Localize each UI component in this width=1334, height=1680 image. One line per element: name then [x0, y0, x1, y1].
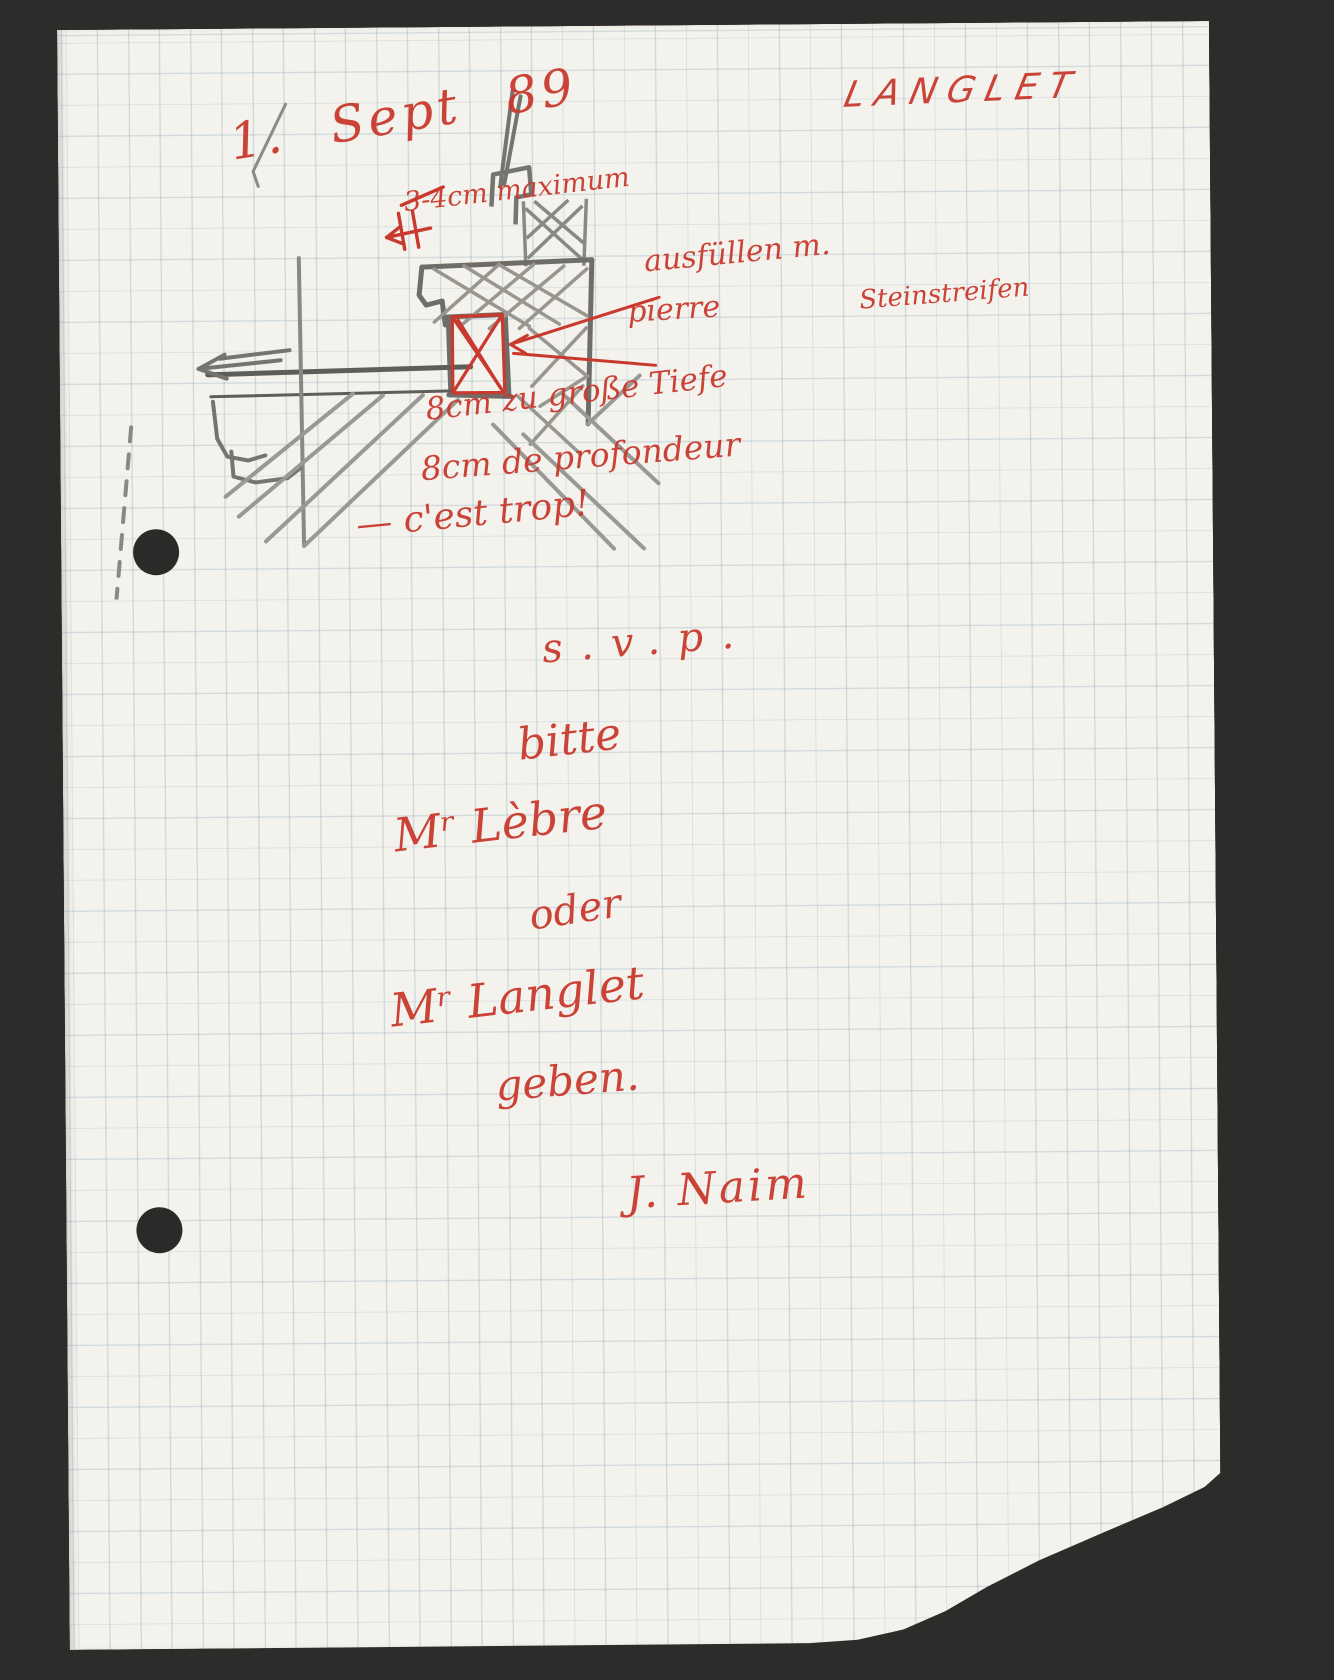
scan-background: { "note": { "date": "1. Sept 89", "heade…	[0, 0, 1334, 1680]
request-line2-text: bitte	[515, 712, 623, 767]
fill-note-line2-text: pierre	[626, 292, 721, 328]
request-line6-text: geben.	[494, 1055, 641, 1108]
pencil-dashed-line	[115, 427, 132, 599]
pencil-wall-line	[299, 258, 304, 544]
pencil-column	[523, 199, 587, 266]
red-joint-box	[452, 314, 505, 392]
punch-hole-bottom	[136, 1207, 182, 1253]
note-paper: 1. Sept 89 LANGLET 3-4cm maximum ausfüll…	[57, 21, 1222, 1650]
pencil-crosshatch	[434, 264, 588, 455]
header-name-text: LANGLET	[841, 68, 1085, 114]
signature-text: J. Naim	[625, 1161, 811, 1216]
punch-hole-top	[133, 529, 179, 575]
